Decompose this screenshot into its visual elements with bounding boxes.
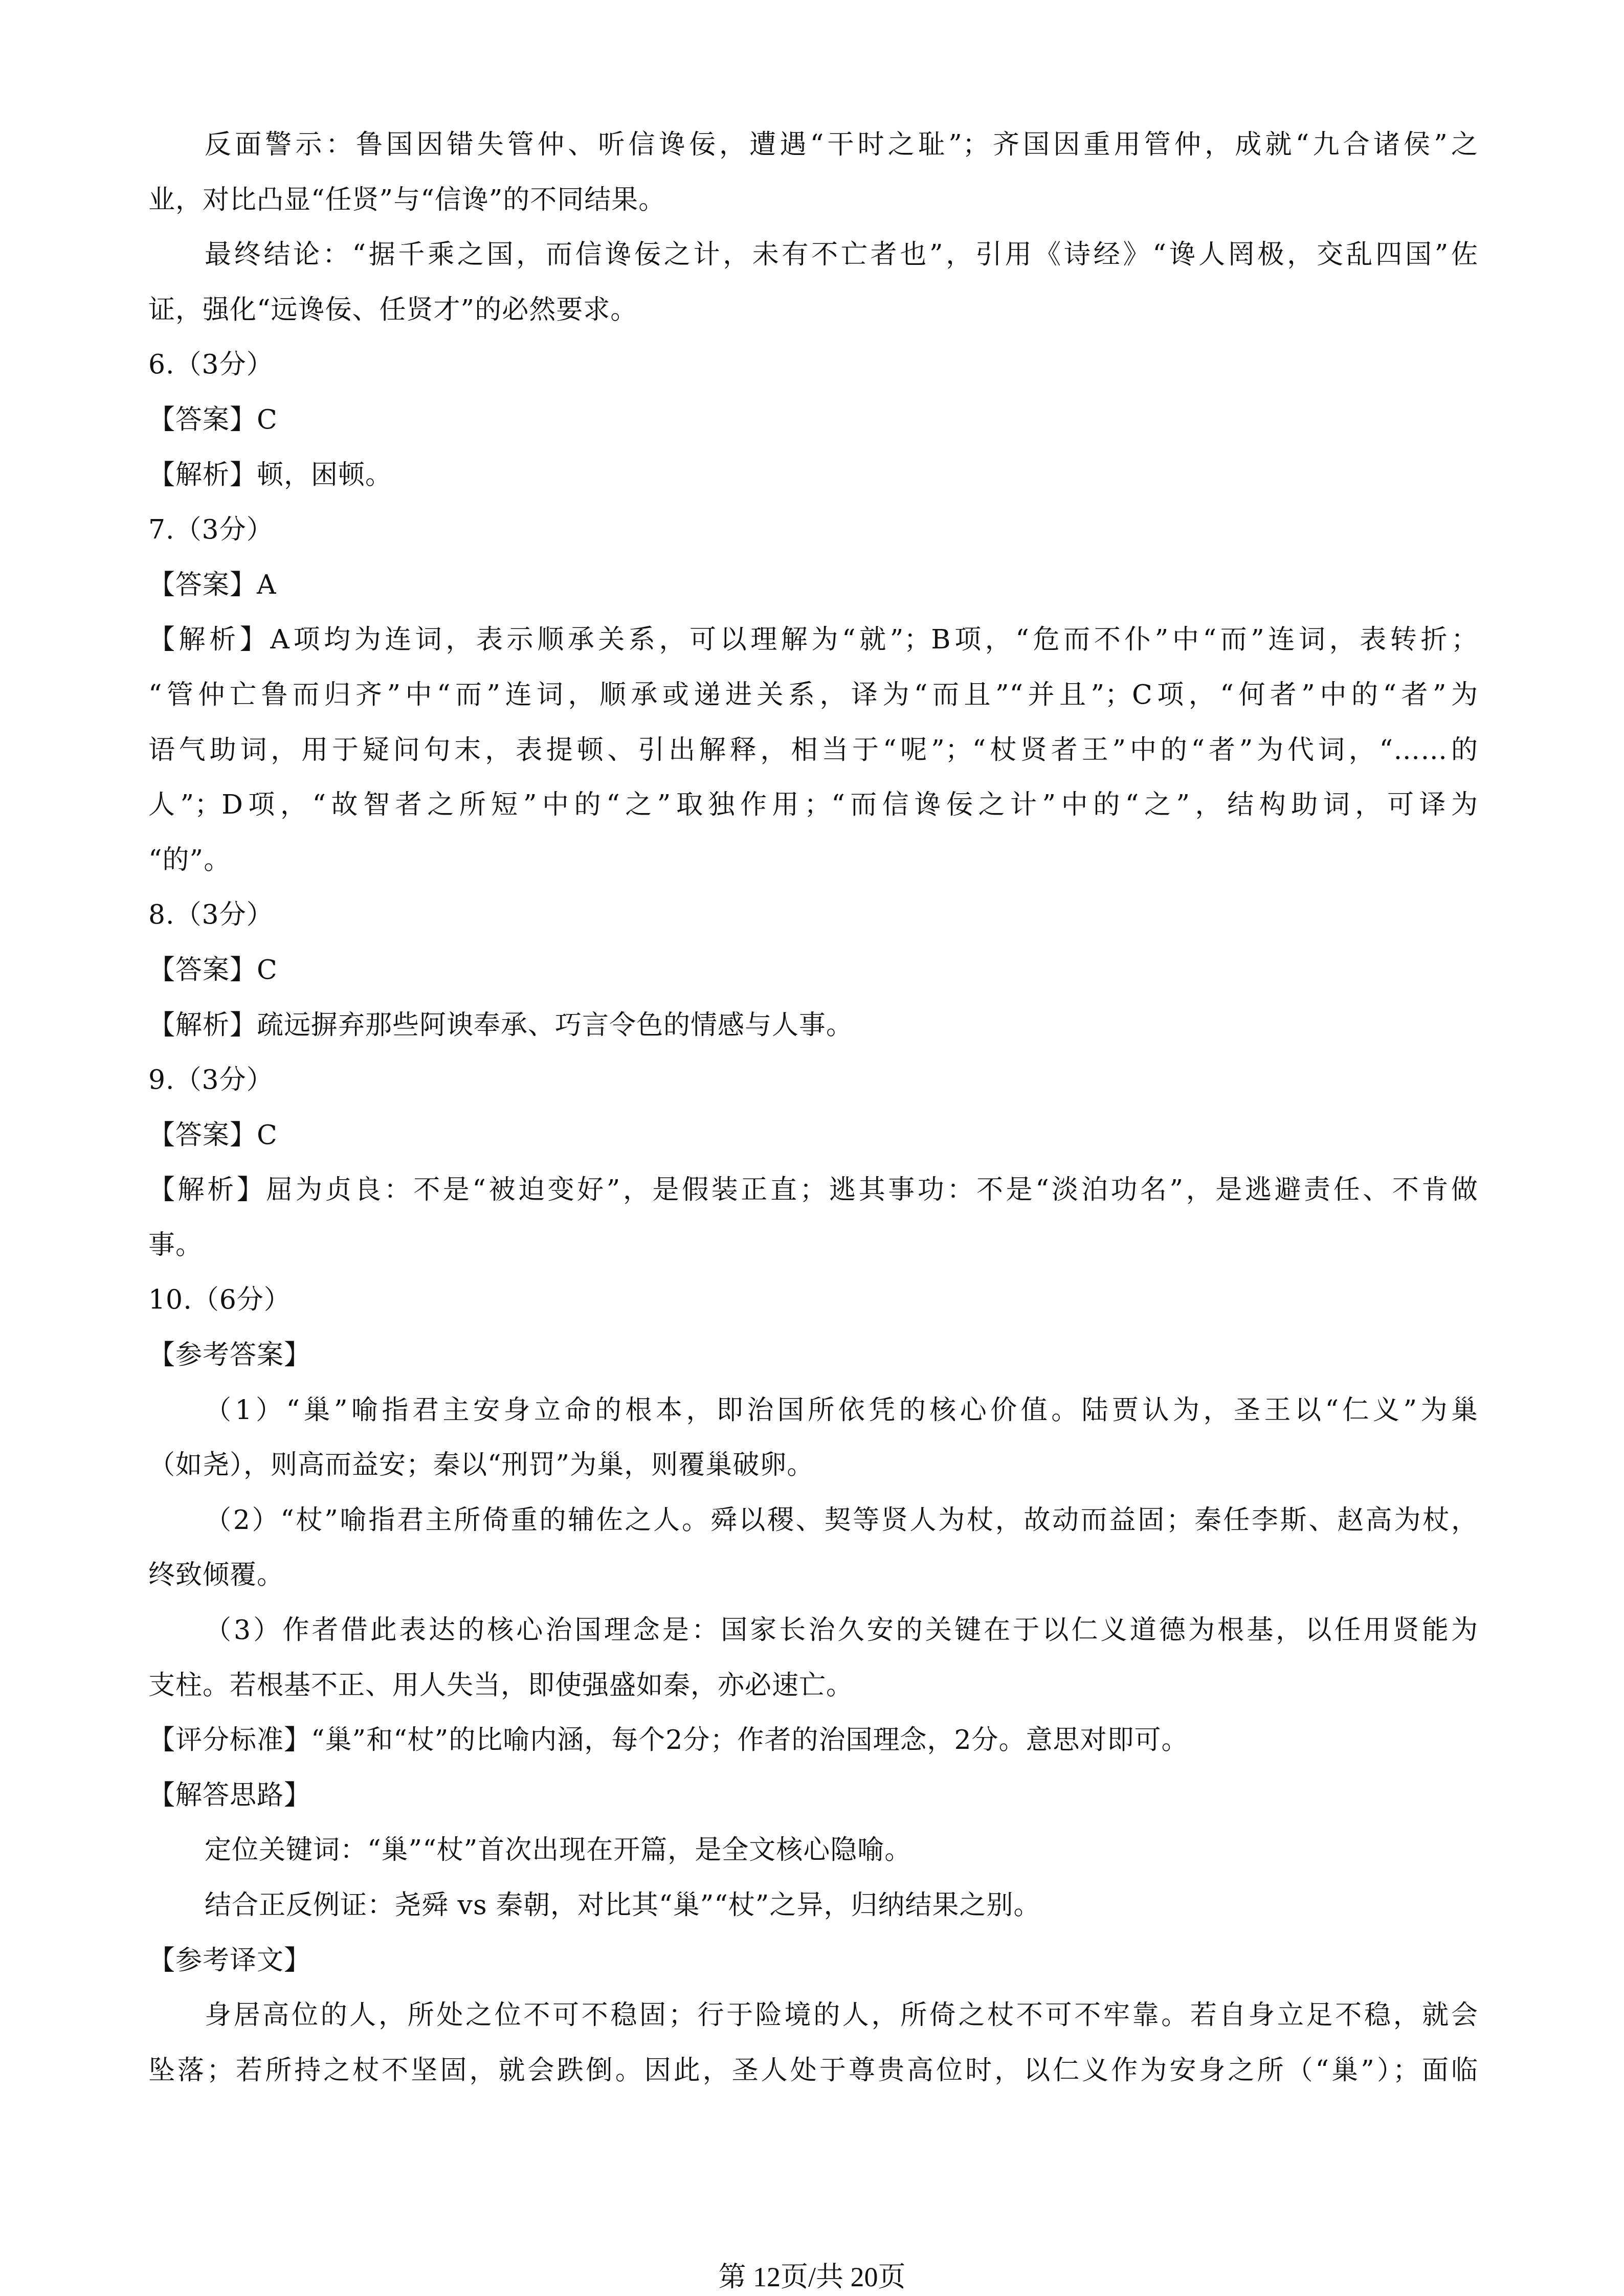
text-line: 9.（3分） [148, 1053, 1478, 1108]
text-line: 8.（3分） [148, 888, 1478, 943]
text-line: 终致倾覆。 [148, 1548, 1478, 1603]
text-line: 结合正反例证：尧舜 vs 秦朝，对比其“巢”“杖”之异，归纳结果之别。 [148, 1878, 1478, 1933]
text-line: 【解析】顿，困顿。 [148, 448, 1478, 503]
text-line: 【解析】A项均为连词，表示顺承关系，可以理解为“就”；B项，“危而不仆”中“而”… [148, 613, 1478, 668]
text-line: 定位关键词：“巢”“杖”首次出现在开篇，是全文核心隐喻。 [148, 1823, 1478, 1878]
text-line: 【答案】A [148, 558, 1478, 613]
text-line: 反面警示：鲁国因错失管仲、听信谗佞，遭遇“干时之耻”；齐国因重用管仲，成就“九合… [148, 118, 1478, 173]
text-line: 6.（3分） [148, 337, 1478, 393]
text-line: 【参考译文】 [148, 1933, 1478, 1989]
text-line: 【答案】C [148, 943, 1478, 998]
text-line: 7.（3分） [148, 503, 1478, 558]
text-line: 坠落；若所持之杖不坚固，就会跌倒。因此，圣人处于尊贵高位时，以仁义作为安身之所（… [148, 2043, 1478, 2099]
text-line: 【评分标准】“巢”和“杖”的比喻内涵，每个2分；作者的治国理念，2分。意思对即可… [148, 1713, 1478, 1768]
text-line: （3）作者借此表达的核心治国理念是：国家长治久安的关键在于以仁义道德为根基，以任… [148, 1603, 1478, 1658]
text-line: 事。 [148, 1218, 1478, 1273]
text-line: 最终结论：“据千乘之国，而信谗佞之计，未有不亡者也”，引用《诗经》“谗人罔极，交… [148, 228, 1478, 283]
page-number-footer: 第 12页/共 20页 [0, 2255, 1624, 2294]
text-line: 10.（6分） [148, 1273, 1478, 1328]
text-line: 人”；D项，“故智者之所短”中的“之”取独作用；“而信谗佞之计”中的“之”，结构… [148, 778, 1478, 833]
text-line: （2）“杖”喻指君主所倚重的辅佐之人。舜以稷、契等贤人为杖，故动而益固；秦任李斯… [148, 1493, 1478, 1548]
text-line: 【解答思路】 [148, 1768, 1478, 1824]
text-line: （如尧），则高而益安；秦以“刑罚”为巢，则覆巢破卵。 [148, 1438, 1478, 1493]
text-line: “管仲亡鲁而归齐”中“而”连词，顺承或递进关系，译为“而且”“并且”；C项，“何… [148, 668, 1478, 723]
text-line: 【答案】C [148, 393, 1478, 448]
text-line: 【解析】屈为贞良：不是“被迫变好”，是假装正直；逃其事功：不是“淡泊功名”，是逃… [148, 1163, 1478, 1218]
text-line: 【参考答案】 [148, 1328, 1478, 1383]
text-line: 证，强化“远谗佞、任贤才”的必然要求。 [148, 283, 1478, 338]
text-line: 【解析】疏远摒弃那些阿谀奉承、巧言令色的情感与人事。 [148, 998, 1478, 1053]
text-line: 业，对比凸显“任贤”与“信谗”的不同结果。 [148, 173, 1478, 228]
text-line: “的”。 [148, 833, 1478, 888]
text-line: 支柱。若根基不正、用人失当，即使强盛如秦，亦必速亡。 [148, 1658, 1478, 1714]
text-line: 语气助词，用于疑问句末，表提顿、引出解释，相当于“呢”；“杖贤者王”中的“者”为… [148, 723, 1478, 778]
text-line: 身居高位的人，所处之位不可不稳固；行于险境的人，所倚之杖不可不牢靠。若自身立足不… [148, 1988, 1478, 2043]
text-line: （1）“巢”喻指君主安身立命的根本，即治国所依凭的核心价值。陆贾认为，圣王以“仁… [148, 1383, 1478, 1438]
document-body: 反面警示：鲁国因错失管仲、听信谗佞，遭遇“干时之耻”；齐国因重用管仲，成就“九合… [148, 118, 1478, 2098]
text-line: 【答案】C [148, 1108, 1478, 1163]
